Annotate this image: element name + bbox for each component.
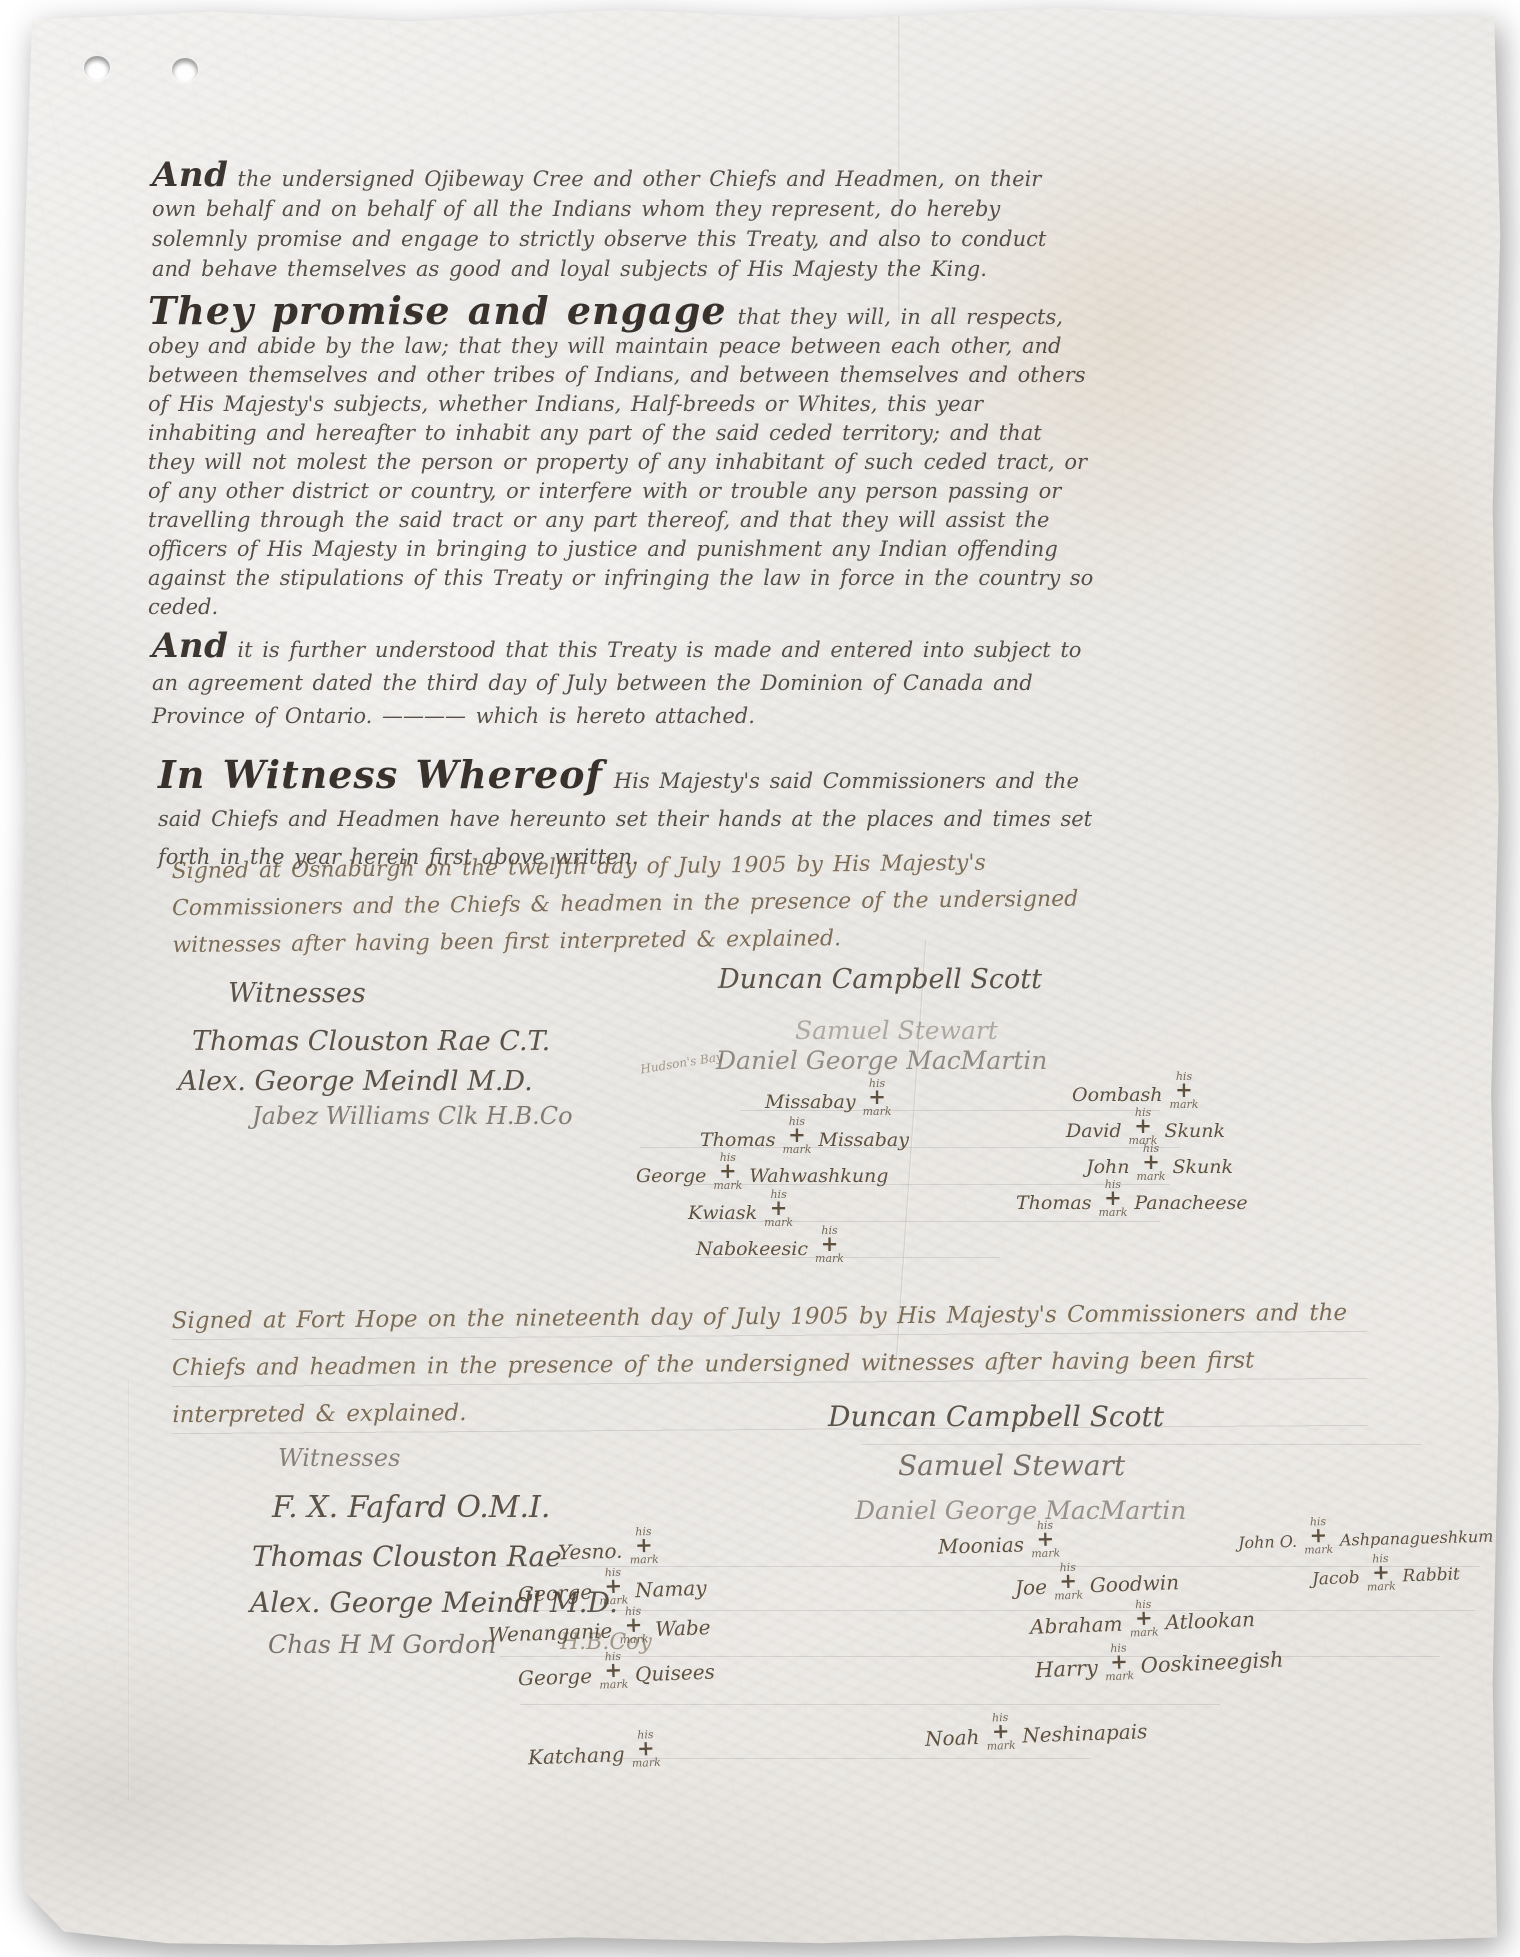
chief-signature: Moonias his+mark: [938, 1524, 1068, 1566]
his-mark-cross: his+mark: [1170, 1071, 1199, 1110]
chief-signature: George his+mark Namay: [517, 1569, 707, 1614]
his-mark-cross: his+mark: [1104, 1642, 1135, 1682]
cross-mark: +: [635, 1537, 653, 1554]
his-mark-cross: his+mark: [815, 1225, 844, 1264]
chief-name: John: [1086, 1156, 1130, 1178]
his-mark-cross: his+mark: [1366, 1553, 1396, 1593]
chief-name: George: [636, 1165, 706, 1187]
chief-name: Neshinapais: [1022, 1720, 1148, 1748]
commissioner-signature-scott: Duncan Campbell Scott: [718, 964, 1042, 995]
commissioner-signature-stewart: Samuel Stewart: [795, 1016, 998, 1045]
chief-name: Moonias: [938, 1533, 1025, 1559]
commissioner-signature-stewart: Samuel Stewart: [898, 1449, 1125, 1482]
his-mark-cross: his+mark: [1129, 1107, 1158, 1146]
his-mark-cross: his+mark: [1098, 1179, 1127, 1218]
chief-name: Panacheese: [1134, 1192, 1247, 1214]
chief-name: Skunk: [1164, 1120, 1225, 1142]
chief-name: Yesno.: [558, 1539, 623, 1565]
chief-signature: George his+mark Quisees: [517, 1653, 715, 1699]
chief-name: Wahwashkung: [749, 1165, 888, 1187]
paragraph-text: that they will, in all respects, obey an…: [148, 305, 1093, 619]
cross-mark: +: [719, 1163, 737, 1180]
paragraph-further-understood: Andit is further understood that this Tr…: [152, 630, 1090, 733]
his-mark-cross: his+mark: [863, 1078, 892, 1117]
cross-mark: +: [1104, 1190, 1122, 1207]
witness-signature-williams: Jabez Williams Clk H.B.Co: [252, 1102, 573, 1130]
chief-name: Goodwin: [1089, 1571, 1179, 1598]
his-mark-cross: his+mark: [598, 1651, 628, 1691]
paragraph-lead-in-witness: In Witness Whereof: [158, 752, 603, 797]
chief-name: Skunk: [1172, 1156, 1233, 1178]
parchment-sheet-wrapper: Andthe undersigned Ojibeway Cree and oth…: [0, 0, 1520, 1957]
witness-signature-fafard: F. X. Fafard O.M.I.: [272, 1490, 550, 1525]
chief-name: Wabe: [655, 1616, 711, 1642]
osnaburgh-signing-statement: Signed at Osnaburgh on the twelfth day o…: [171, 843, 1152, 964]
cross-mark: +: [1059, 1573, 1077, 1590]
chief-name: Thomas: [700, 1129, 775, 1151]
chief-name: Missabay: [818, 1129, 909, 1151]
chief-signature: Thomas his+mark Panacheese: [1016, 1184, 1248, 1223]
paragraph-lead-and: And: [152, 626, 228, 666]
his-mark-cross: his+mark: [1137, 1143, 1166, 1182]
cross-mark: +: [1372, 1564, 1390, 1581]
cross-mark: +: [992, 1723, 1010, 1740]
paragraph-promise-engage: They promise and engagethat they will, i…: [148, 296, 1096, 622]
osnaburgh-witnesses-label: Witnesses: [228, 978, 366, 1009]
chief-name: Noah: [925, 1725, 980, 1751]
his-mark-cross: his+mark: [764, 1189, 793, 1228]
witness-signature-rae: Thomas Clouston Rae C.T.: [192, 1026, 550, 1057]
witness-annotation: Hudson's Bay: [639, 1050, 723, 1077]
paragraph-lead-they-promise: They promise and engage: [148, 288, 727, 333]
chief-signature: Abraham his+mark Atlookan: [1029, 1600, 1255, 1647]
scanned-treaty-page: { "colors": { "parchment": "#ebe9e5", "i…: [0, 0, 1520, 1957]
chief-name: Jacob: [1312, 1568, 1360, 1590]
crease-line: [128, 1380, 130, 1800]
cross-mark: +: [821, 1236, 839, 1253]
chief-signature: Wenanganie his+mark Wabe: [487, 1608, 711, 1655]
cross-mark: +: [1135, 1610, 1153, 1627]
chief-name: Atlookan: [1165, 1607, 1255, 1634]
chief-signature: Nabokeesic his+mark: [696, 1230, 851, 1269]
his-mark-cross: his+mark: [1053, 1562, 1083, 1602]
cross-mark: +: [788, 1127, 806, 1144]
cross-mark: +: [637, 1740, 655, 1757]
chief-name: Namay: [635, 1576, 707, 1602]
his-mark-cross: his+mark: [782, 1116, 811, 1155]
chief-name: John O.: [1238, 1532, 1297, 1553]
his-mark-cross: his+mark: [986, 1712, 1016, 1752]
forthope-signing-statement: Signed at Fort Hope on the nineteenth da…: [172, 1290, 1368, 1439]
cross-mark: +: [1175, 1082, 1193, 1099]
his-mark-cross: his+mark: [618, 1605, 648, 1645]
chief-name: Oombash: [1072, 1084, 1163, 1106]
chief-name: Kwiask: [688, 1202, 757, 1224]
forthope-witnesses-label: Witnesses: [278, 1444, 400, 1472]
cross-mark: +: [1142, 1154, 1160, 1171]
his-mark-cross: his+mark: [629, 1526, 659, 1566]
chief-name: David: [1066, 1120, 1122, 1142]
commissioner-signature-macmartin: Daniel George MacMartin: [716, 1046, 1047, 1075]
paragraph-text: the undersigned Ojibeway Cree and other …: [152, 167, 1046, 281]
punch-hole-right: [172, 58, 198, 82]
chief-name: Rabbit: [1402, 1565, 1460, 1587]
chief-name: Ashpanagueshkum: [1340, 1527, 1494, 1550]
chief-signature: Kwiask his+mark: [688, 1194, 800, 1233]
cross-mark: +: [604, 1662, 622, 1679]
cross-mark: +: [604, 1578, 622, 1595]
punch-hole-left: [84, 56, 110, 80]
witness-signature-rae: Thomas Clouston Rae: [252, 1540, 562, 1573]
paragraph-text: it is further understood that this Treat…: [152, 638, 1081, 728]
chief-signature: George his+mark Wahwashkung: [636, 1157, 888, 1196]
chief-name: Harry: [1035, 1656, 1099, 1683]
chief-name: Ooskineegish: [1140, 1648, 1284, 1678]
chief-name: Missabay: [765, 1091, 856, 1113]
chief-name: Quisees: [635, 1660, 716, 1687]
cross-mark: +: [1036, 1531, 1054, 1548]
his-mark-cross: his+mark: [1303, 1516, 1333, 1556]
chief-name: George: [518, 1580, 593, 1607]
chief-name: Wenanganie: [488, 1619, 613, 1647]
commissioner-signature-macmartin: Daniel George MacMartin: [855, 1496, 1186, 1525]
chief-name: Thomas: [1016, 1192, 1091, 1214]
ruled-line: [520, 1704, 1220, 1705]
chief-name: Nabokeesic: [696, 1238, 808, 1260]
his-mark-cross: his+mark: [631, 1729, 661, 1769]
commissioner-signature-scott: Duncan Campbell Scott: [828, 1400, 1164, 1433]
ruled-line: [862, 1444, 1422, 1445]
chief-name: Abraham: [1030, 1612, 1123, 1639]
cross-mark: +: [1309, 1527, 1327, 1544]
cross-mark: +: [1110, 1653, 1128, 1671]
his-mark-cross: his+mark: [713, 1152, 742, 1191]
chief-signature: Harry his+mark Ooskineegish: [1034, 1641, 1284, 1691]
cross-mark: +: [770, 1200, 788, 1217]
paragraph-lead-and: And: [152, 155, 228, 195]
chief-signature: Katchang his+mark: [527, 1734, 668, 1778]
cross-mark: +: [1134, 1118, 1152, 1135]
his-mark-cross: his+mark: [598, 1566, 628, 1606]
parchment-sheet: Andthe undersigned Ojibeway Cree and oth…: [0, 0, 1520, 1957]
chief-name: Katchang: [528, 1742, 625, 1769]
chief-signature: Noah his+mark Neshinapais: [924, 1712, 1148, 1759]
chief-signature: Jacob his+mark Rabbit: [1311, 1555, 1460, 1599]
chief-name: Joe: [1015, 1575, 1048, 1600]
witness-signature-meindl: Alex. George Meindl M.D.: [178, 1066, 533, 1097]
witness-signature-gordon: Chas H M Gordon: [268, 1630, 496, 1659]
cross-mark: +: [868, 1089, 886, 1106]
chief-name: George: [518, 1664, 593, 1691]
cross-mark: +: [624, 1616, 642, 1633]
paragraph-undersigned: Andthe undersigned Ojibeway Cree and oth…: [152, 160, 1084, 284]
his-mark-cross: his+mark: [1129, 1598, 1159, 1638]
his-mark-cross: his+mark: [1030, 1520, 1060, 1560]
